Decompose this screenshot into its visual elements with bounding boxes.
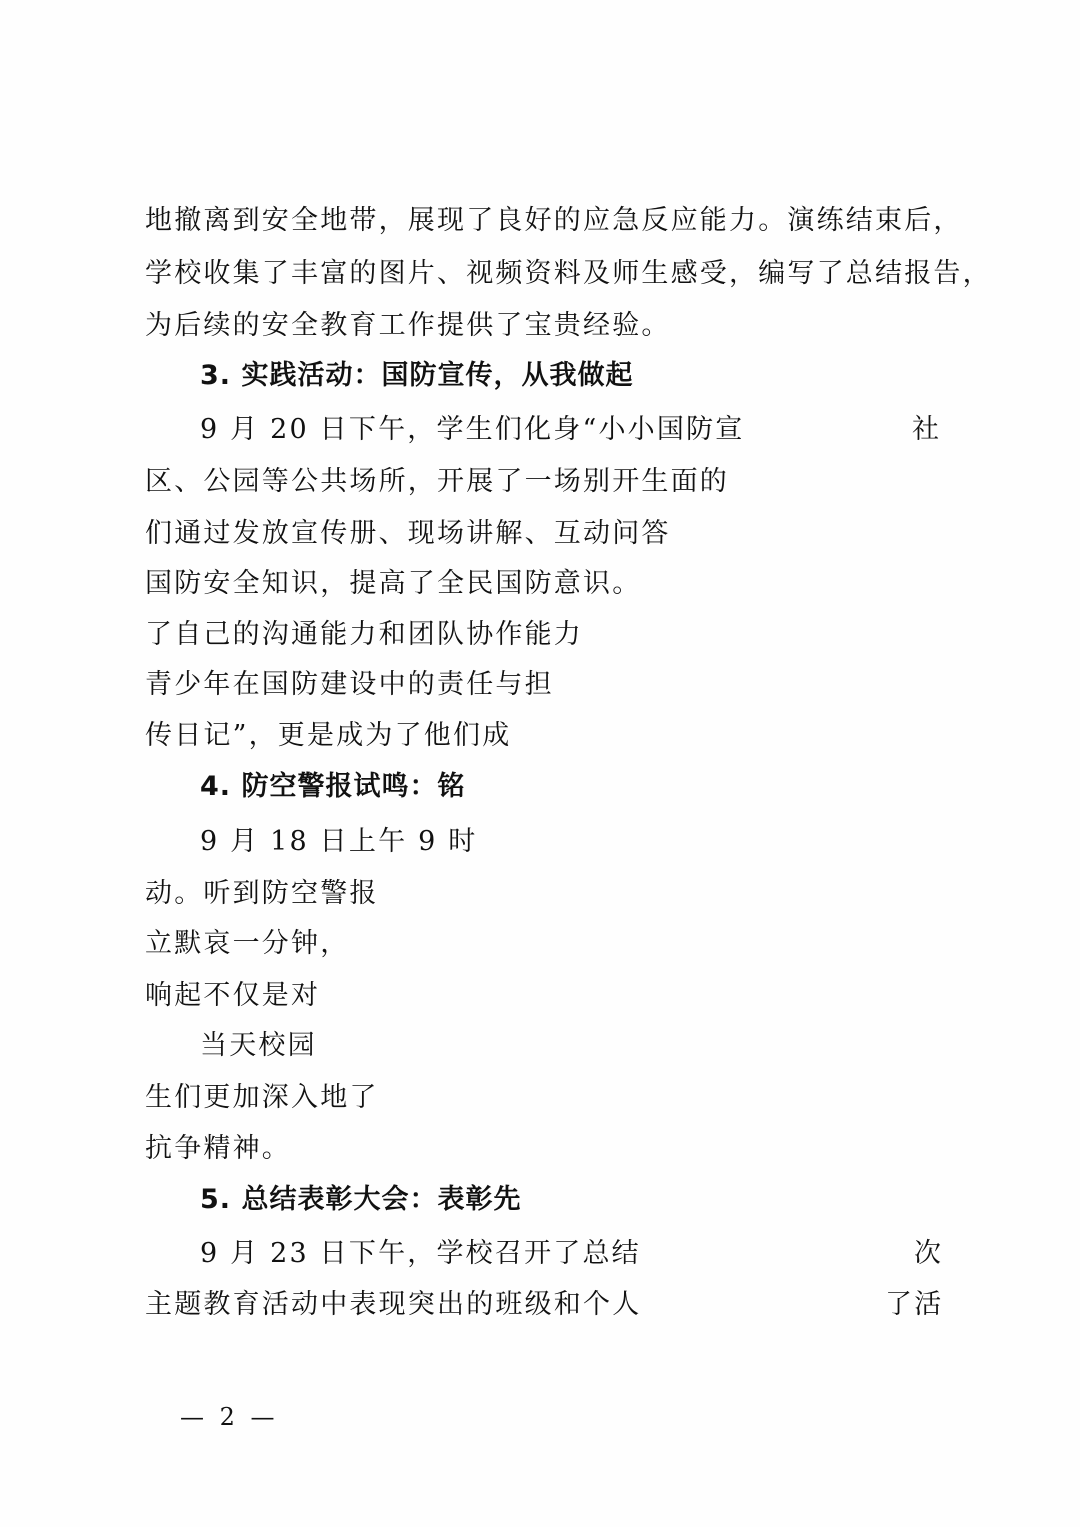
page-number: — 2 — <box>180 1402 279 1432</box>
body-line: 地撤离到安全地带，展现了良好的应急反应能力。演练结束后， <box>145 204 963 238</box>
body-line: 抗争精神。 <box>145 1132 291 1166</box>
body-line: 生们更加深入地了 <box>145 1081 379 1115</box>
body-line: 青少年在国防建设中的责任与担 <box>145 668 554 702</box>
body-line: 动。听到防空警报 <box>145 877 379 911</box>
body-line: 立默哀一分钟， <box>145 927 349 961</box>
body-line: 国防安全知识，提高了全民国防意识。 <box>145 567 641 601</box>
body-fragment: 次 <box>914 1237 943 1271</box>
body-line: 区、公园等公共场所，开展了一场别开生面的 <box>145 465 729 499</box>
body-line: 们通过发放宣传册、现场讲解、互动问答 <box>145 517 671 551</box>
body-fragment: 了活 <box>885 1288 943 1322</box>
body-line: 当天校园 <box>200 1029 317 1063</box>
body-line: 了自己的沟通能力和团队协作能力 <box>145 618 583 652</box>
body-line: 主题教育活动中表现突出的班级和个人 <box>145 1288 641 1322</box>
body-line: 响起不仅是对 <box>145 979 320 1013</box>
body-line: 9 月 23 日下午，学校召开了总结 <box>200 1237 641 1271</box>
body-line: 为后续的安全教育工作提供了宝贵经验。 <box>145 309 671 343</box>
document-page: 地撤离到安全地带，展现了良好的应急反应能力。演练结束后， 学校收集了丰富的图片、… <box>0 0 1080 1527</box>
section-heading-3: 3. 实践活动：国防宣传，从我做起 <box>200 359 633 393</box>
body-line: 传日记”，更是成为了他们成 <box>145 719 511 753</box>
section-heading-5: 5. 总结表彰大会：表彰先 <box>200 1183 521 1217</box>
body-line: 9 月 18 日上午 9 时 <box>200 825 477 859</box>
section-heading-4: 4. 防空警报试鸣：铭 <box>200 770 465 804</box>
body-line: 9 月 20 日下午，学生们化身“小小国防宣 <box>200 413 745 447</box>
body-fragment: 社 <box>912 413 941 447</box>
body-line: 学校收集了丰富的图片、视频资料及师生感受，编写了总结报告， <box>145 257 992 291</box>
